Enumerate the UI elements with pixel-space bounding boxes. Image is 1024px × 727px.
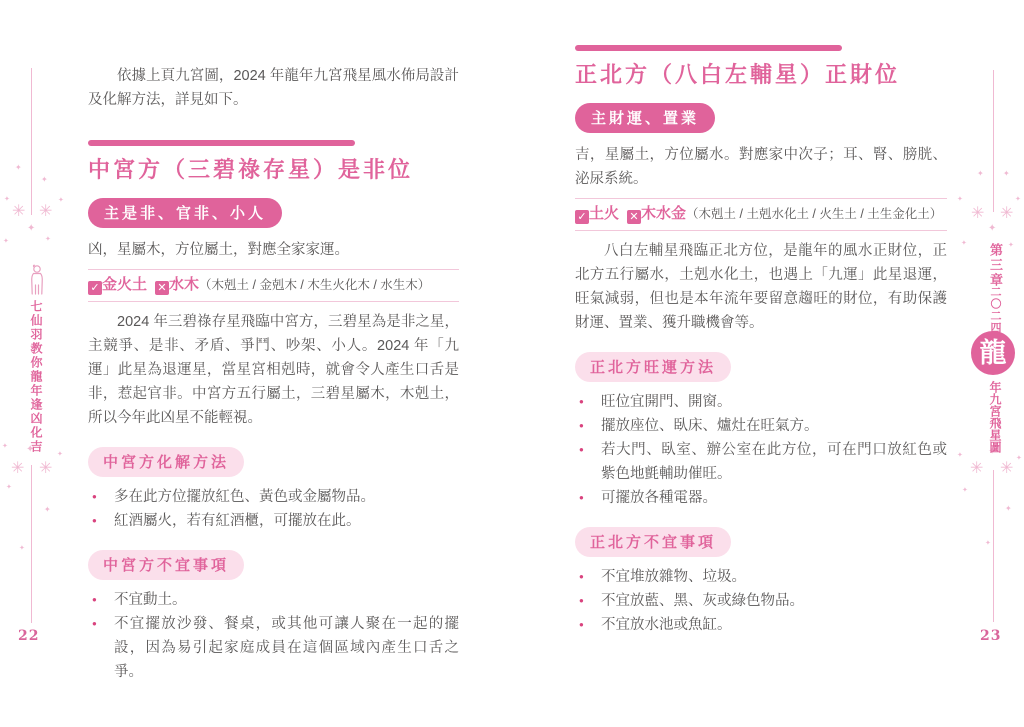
avoid-title-badge: 中宮方不宜事項 (88, 550, 244, 580)
list-item: 可擺放各種電器。 (575, 486, 947, 510)
list-item: 若大門、臥室、辦公室在此方位，可在門口放紅色或紫色地氈輔助催旺。 (575, 438, 947, 486)
avoid-list: 不宜動土。 不宜擺放沙發、餐桌，或其他可讓人聚在一起的擺設，因為易引起家庭成員在… (88, 588, 459, 684)
section-heading-north: 正北方（八白左輔星）正財位 (575, 60, 947, 90)
list-item: 擺放座位、臥床、爐灶在旺氣方。 (575, 414, 947, 438)
sparkle-icon: ✦ (957, 452, 963, 459)
book-spread: 依據上頁九宮圖，2024 年龍年九宮飛星風水佈局設計及化解方法，詳見如下。 中宮… (0, 0, 1024, 727)
sparkle-icon: ✦ (962, 487, 968, 494)
margin-rule (993, 70, 994, 212)
avoid-title-badge: 正北方不宜事項 (575, 527, 731, 557)
sparkle-icon: ✦ (1015, 196, 1021, 203)
sparkle-icon: ✳ (39, 461, 52, 477)
left-page: 依據上頁九宮圖，2024 年龍年九宮飛星風水佈局設計及化解方法，詳見如下。 中宮… (88, 0, 459, 684)
intro-paragraph: 依據上頁九宮圖，2024 年龍年九宮飛星風水佈局設計及化解方法，詳見如下。 (88, 64, 459, 112)
sparkle-icon: ✦ (57, 451, 63, 458)
chapter-subtitle: 年九宮飛星圖 (987, 381, 1004, 453)
boost-title-badge: 正北方旺運方法 (575, 352, 731, 382)
sparkle-icon: ✦ (19, 545, 25, 552)
fortune-summary: 吉，星屬土，方位屬水。對應家中次子；耳、腎、膀胱、泌尿系統。 (575, 143, 947, 191)
sparkle-icon: ✦ (2, 443, 8, 450)
sparkle-icon: ✳ (971, 206, 984, 222)
sparkle-icon: ✦ (1016, 455, 1022, 462)
bad-elements-label: 水木 (169, 276, 199, 293)
sparkle-icon: ✦ (6, 484, 12, 491)
elements-compatibility-row: ✓土火✕木水金（木剋土 / 土剋水化土 / 火生土 / 土生金化土） (575, 198, 947, 231)
avoid-list: 不宜堆放雜物、垃圾。 不宜放藍、黑、灰或綠色物品。 不宜放水池或魚缸。 (575, 565, 947, 637)
page-number-left: 22 (18, 628, 39, 644)
sparkle-icon: ✦ (41, 176, 48, 184)
chapter-year: 二〇二四 (987, 286, 1003, 334)
sparkle-icon: ✳ (39, 204, 52, 220)
sparkle-icon: ✦ (15, 164, 22, 172)
remedy-title-badge: 中宮方化解方法 (88, 447, 244, 477)
elements-note: （木剋土 / 土剋水化土 / 火生土 / 土生金化土） (686, 207, 942, 221)
elements-note: （木剋土 / 金剋木 / 木生火化木 / 水生木） (199, 278, 430, 292)
section-heading-center-palace: 中宮方（三碧祿存星）是非位 (88, 155, 459, 185)
page-number-right: 23 (980, 628, 1001, 644)
sparkle-icon: ✳ (970, 461, 983, 477)
chapter-label: 第三章 (986, 243, 1005, 288)
sparkle-icon: ✳ (1000, 461, 1013, 477)
good-elements-label: 金火土 (102, 276, 147, 293)
person-icon (25, 264, 47, 296)
sparkle-icon: ✦ (977, 170, 984, 178)
sparkle-icon: ✦ (957, 196, 963, 203)
spine-series-title: 七仙羽教你龍年逢凶化吉 (28, 300, 45, 454)
right-page: 正北方（八白左輔星）正財位 主財運、置業 吉，星屬土，方位屬水。對應家中次子；耳… (575, 0, 947, 637)
sparkle-icon: ✦ (4, 196, 10, 203)
list-item: 不宜動土。 (88, 588, 459, 612)
list-item: 不宜堆放雜物、垃圾。 (575, 565, 947, 589)
good-elements-label: 土火 (589, 205, 619, 222)
remedy-section: 中宮方化解方法 多在此方位擺放紅色、黃色或金屬物品。 紅酒屬火，若有紅酒櫃，可擺… (88, 447, 459, 533)
list-item: 多在此方位擺放紅色、黃色或金屬物品。 (88, 485, 459, 509)
margin-rule (993, 470, 994, 622)
sparkle-icon: ✦ (961, 240, 967, 247)
avoid-section: 正北方不宜事項 不宜堆放雜物、垃圾。 不宜放藍、黑、灰或綠色物品。 不宜放水池或… (575, 527, 947, 637)
sparkle-icon: ✦ (27, 224, 35, 234)
sparkle-icon: ✦ (58, 197, 64, 204)
body-paragraph: 八白左輔星飛臨正北方位，是龍年的風水正財位，正北方五行屬水，土剋水化土，也遇上「… (575, 239, 947, 335)
list-item: 不宜放水池或魚缸。 (575, 613, 947, 637)
sparkle-icon: ✦ (1008, 242, 1014, 249)
list-item: 旺位宜開門、開窗。 (575, 390, 947, 414)
body-paragraph: 2024 年三碧祿存星飛臨中宮方，三碧星為是非之星，主競爭、是非、矛盾、爭鬥、吵… (88, 310, 459, 430)
boost-section: 正北方旺運方法 旺位宜開門、開窗。 擺放座位、臥床、爐灶在旺氣方。 若大門、臥室… (575, 352, 947, 510)
elements-compatibility-row: ✓金火土✕水木（木剋土 / 金剋木 / 木生火化木 / 水生木） (88, 269, 459, 302)
sparkle-icon: ✦ (1005, 505, 1012, 513)
bad-elements-label: 木水金 (641, 205, 686, 222)
dragon-seal-icon: 龍 (971, 331, 1015, 375)
boost-list: 旺位宜開門、開窗。 擺放座位、臥床、爐灶在旺氣方。 若大門、臥室、辦公室在此方位… (575, 390, 947, 510)
sparkle-icon: ✦ (44, 506, 51, 514)
section-divider-bar (88, 140, 355, 146)
sparkle-icon: ✦ (45, 236, 51, 243)
margin-rule (31, 68, 32, 215)
sparkle-icon: ✳ (1000, 206, 1013, 222)
sparkle-icon: ✳ (12, 204, 25, 220)
sparkle-icon: ✦ (3, 238, 9, 245)
sparkle-icon: ✳ (11, 461, 24, 477)
sparkle-icon: ✦ (1003, 170, 1010, 178)
keyword-tag-badge: 主是非、官非、小人 (88, 198, 282, 228)
list-item: 紅酒屬火，若有紅酒櫃，可擺放在此。 (88, 509, 459, 533)
section-divider-bar (575, 45, 842, 51)
check-icon: ✓ (88, 281, 102, 295)
check-icon: ✓ (575, 210, 589, 224)
list-item: 不宜放藍、黑、灰或綠色物品。 (575, 589, 947, 613)
fortune-summary: 凶，星屬木，方位屬土，對應全家家運。 (88, 238, 459, 262)
sparkle-icon: ✦ (988, 224, 996, 234)
sparkle-icon: ✦ (985, 540, 991, 547)
cross-icon: ✕ (155, 281, 169, 295)
avoid-section: 中宮方不宜事項 不宜動土。 不宜擺放沙發、餐桌，或其他可讓人聚在一起的擺設，因為… (88, 550, 459, 684)
remedy-list: 多在此方位擺放紅色、黃色或金屬物品。 紅酒屬火，若有紅酒櫃，可擺放在此。 (88, 485, 459, 533)
keyword-tag-badge: 主財運、置業 (575, 103, 715, 133)
list-item: 不宜擺放沙發、餐桌，或其他可讓人聚在一起的擺設，因為易引起家庭成員在這個區域內產… (88, 612, 459, 684)
margin-rule (31, 465, 32, 623)
cross-icon: ✕ (627, 210, 641, 224)
